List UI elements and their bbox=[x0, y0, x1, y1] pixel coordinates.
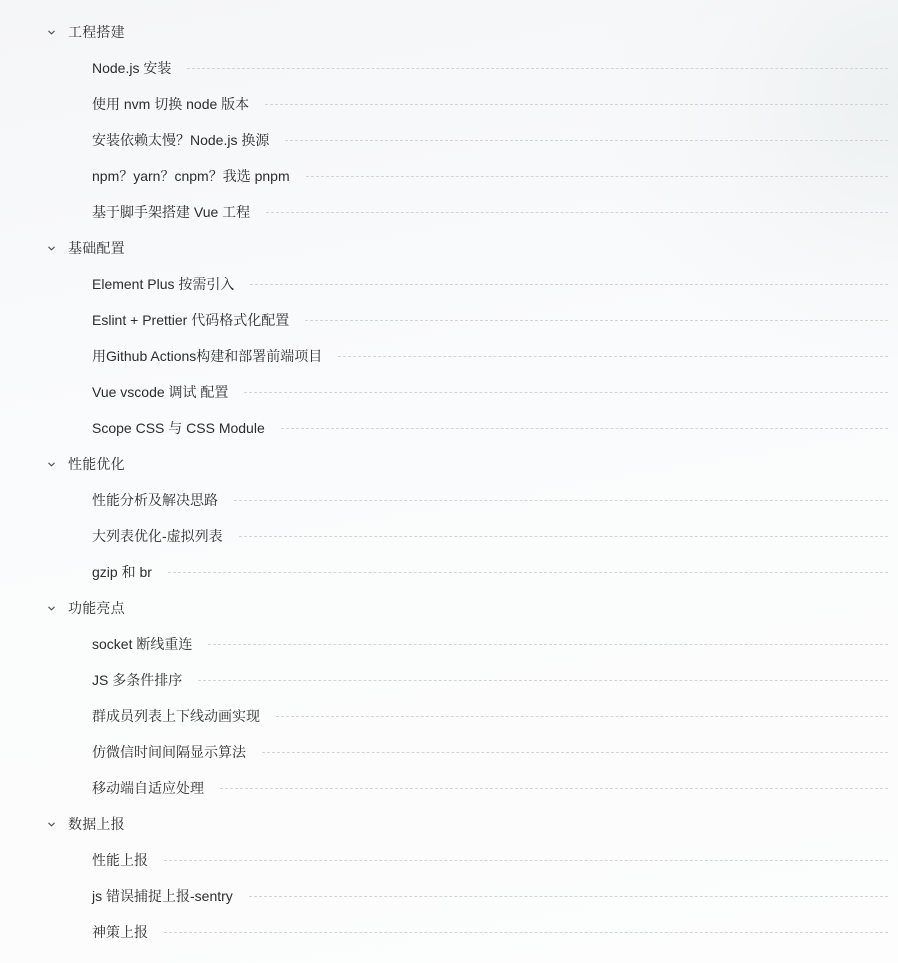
toc-item[interactable]: 用Github Actions构建和部署前端项目 bbox=[0, 338, 898, 374]
toc-item[interactable]: 安装依赖太慢？Node.js 换源 bbox=[0, 122, 898, 158]
leader-line bbox=[249, 896, 888, 897]
leader-line bbox=[285, 140, 888, 141]
leader-line bbox=[306, 176, 888, 177]
toc-item[interactable]: Vue vscode 调试 配置 bbox=[0, 374, 898, 410]
chevron-down-icon[interactable] bbox=[45, 242, 57, 254]
toc-item[interactable]: Eslint + Prettier 代码格式化配置 bbox=[0, 302, 898, 338]
leader-line bbox=[305, 320, 888, 321]
toc-item-label[interactable]: Scope CSS 与 CSS Module bbox=[92, 410, 265, 446]
toc-item-label[interactable]: Vue vscode 调试 配置 bbox=[92, 374, 228, 410]
toc-item[interactable]: 性能分析及解决思路 bbox=[0, 482, 898, 518]
chevron-down-icon[interactable] bbox=[45, 26, 57, 38]
toc-item-label[interactable]: 性能上报 bbox=[92, 842, 148, 878]
leader-line bbox=[338, 356, 888, 357]
leader-line bbox=[266, 212, 888, 213]
toc-section-features: 功能亮点 socket 断线重连 JS 多条件排序 群成员列表上下线动画实现 仿… bbox=[0, 590, 898, 806]
section-items: Element Plus 按需引入 Eslint + Prettier 代码格式… bbox=[0, 266, 898, 446]
chevron-down-icon[interactable] bbox=[45, 602, 57, 614]
toc-item-label[interactable]: 用Github Actions构建和部署前端项目 bbox=[92, 338, 322, 374]
toc-item[interactable]: 基于脚手架搭建 Vue 工程 bbox=[0, 194, 898, 230]
section-header-toggle[interactable]: 功能亮点 bbox=[0, 590, 898, 626]
leader-line bbox=[220, 788, 888, 789]
toc-item[interactable]: 神策上报 bbox=[0, 914, 898, 950]
section-title: 数据上报 bbox=[68, 806, 125, 842]
leader-line bbox=[244, 392, 888, 393]
toc-item[interactable]: gzip 和 br bbox=[0, 554, 898, 590]
section-items: socket 断线重连 JS 多条件排序 群成员列表上下线动画实现 仿微信时间间… bbox=[0, 626, 898, 806]
toc-item-label[interactable]: Eslint + Prettier 代码格式化配置 bbox=[92, 302, 289, 338]
section-header-toggle[interactable]: 工程搭建 bbox=[0, 14, 898, 50]
section-items: Node.js 安装 使用 nvm 切换 node 版本 安装依赖太慢？Node… bbox=[0, 50, 898, 230]
toc-item[interactable]: JS 多条件排序 bbox=[0, 662, 898, 698]
section-items: 性能上报 js 错误捕捉上报-sentry 神策上报 bbox=[0, 842, 898, 950]
section-title: 功能亮点 bbox=[68, 590, 125, 626]
toc-item[interactable]: 仿微信时间间隔显示算法 bbox=[0, 734, 898, 770]
section-items: 性能分析及解决思路 大列表优化-虚拟列表 gzip 和 br bbox=[0, 482, 898, 590]
section-title: 工程搭建 bbox=[68, 14, 125, 50]
toc-section-performance: 性能优化 性能分析及解决思路 大列表优化-虚拟列表 gzip 和 br bbox=[0, 446, 898, 590]
section-header-toggle[interactable]: 基础配置 bbox=[0, 230, 898, 266]
toc-item[interactable]: Scope CSS 与 CSS Module bbox=[0, 410, 898, 446]
leader-line bbox=[262, 752, 888, 753]
toc-item-label[interactable]: 神策上报 bbox=[92, 914, 148, 950]
toc-item[interactable]: 群成员列表上下线动画实现 bbox=[0, 698, 898, 734]
toc-item[interactable]: 性能上报 bbox=[0, 842, 898, 878]
toc-item-label[interactable]: socket 断线重连 bbox=[92, 626, 192, 662]
leader-line bbox=[239, 536, 888, 537]
toc-item[interactable]: 大列表优化-虚拟列表 bbox=[0, 518, 898, 554]
toc-item-label[interactable]: 安装依赖太慢？Node.js 换源 bbox=[92, 122, 269, 158]
leader-line bbox=[208, 644, 888, 645]
toc-item-label[interactable]: gzip 和 br bbox=[92, 554, 152, 590]
section-title: 基础配置 bbox=[68, 230, 125, 266]
leader-line bbox=[276, 716, 888, 717]
chevron-down-icon[interactable] bbox=[45, 818, 57, 830]
toc-section-engineering-setup: 工程搭建 Node.js 安装 使用 nvm 切换 node 版本 安装依赖太慢… bbox=[0, 14, 898, 230]
toc-item-label[interactable]: JS 多条件排序 bbox=[92, 662, 182, 698]
section-header-toggle[interactable]: 性能优化 bbox=[0, 446, 898, 482]
toc-item-label[interactable]: 大列表优化-虚拟列表 bbox=[92, 518, 223, 554]
toc-item-label[interactable]: 移动端自适应处理 bbox=[92, 770, 204, 806]
toc-item-label[interactable]: Element Plus 按需引入 bbox=[92, 266, 234, 302]
toc-item-label[interactable]: Node.js 安装 bbox=[92, 50, 171, 86]
leader-line bbox=[234, 500, 888, 501]
chevron-down-icon[interactable] bbox=[45, 458, 57, 470]
section-title: 性能优化 bbox=[68, 446, 125, 482]
toc-section-basic-config: 基础配置 Element Plus 按需引入 Eslint + Prettier… bbox=[0, 230, 898, 446]
toc-item-label[interactable]: 基于脚手架搭建 Vue 工程 bbox=[92, 194, 250, 230]
toc-section-data-reporting: 数据上报 性能上报 js 错误捕捉上报-sentry 神策上报 bbox=[0, 806, 898, 950]
toc-item[interactable]: js 错误捕捉上报-sentry bbox=[0, 878, 898, 914]
toc-item-label[interactable]: 性能分析及解决思路 bbox=[92, 482, 218, 518]
leader-line bbox=[164, 860, 888, 861]
toc-item-label[interactable]: js 错误捕捉上报-sentry bbox=[92, 878, 233, 914]
table-of-contents: 工程搭建 Node.js 安装 使用 nvm 切换 node 版本 安装依赖太慢… bbox=[0, 14, 898, 950]
leader-line bbox=[187, 68, 888, 69]
leader-line bbox=[198, 680, 888, 681]
leader-line bbox=[250, 284, 888, 285]
toc-item-label[interactable]: 仿微信时间间隔显示算法 bbox=[92, 734, 246, 770]
toc-item[interactable]: Element Plus 按需引入 bbox=[0, 266, 898, 302]
leader-line bbox=[265, 104, 888, 105]
leader-line bbox=[281, 428, 888, 429]
toc-item[interactable]: 移动端自适应处理 bbox=[0, 770, 898, 806]
toc-item[interactable]: npm？yarn？cnpm？我选 pnpm bbox=[0, 158, 898, 194]
section-header-toggle[interactable]: 数据上报 bbox=[0, 806, 898, 842]
toc-item[interactable]: socket 断线重连 bbox=[0, 626, 898, 662]
toc-item-label[interactable]: 使用 nvm 切换 node 版本 bbox=[92, 86, 249, 122]
toc-item[interactable]: 使用 nvm 切换 node 版本 bbox=[0, 86, 898, 122]
toc-item[interactable]: Node.js 安装 bbox=[0, 50, 898, 86]
toc-item-label[interactable]: npm？yarn？cnpm？我选 pnpm bbox=[92, 158, 290, 194]
leader-line bbox=[168, 572, 888, 573]
toc-item-label[interactable]: 群成员列表上下线动画实现 bbox=[92, 698, 260, 734]
leader-line bbox=[164, 932, 888, 933]
